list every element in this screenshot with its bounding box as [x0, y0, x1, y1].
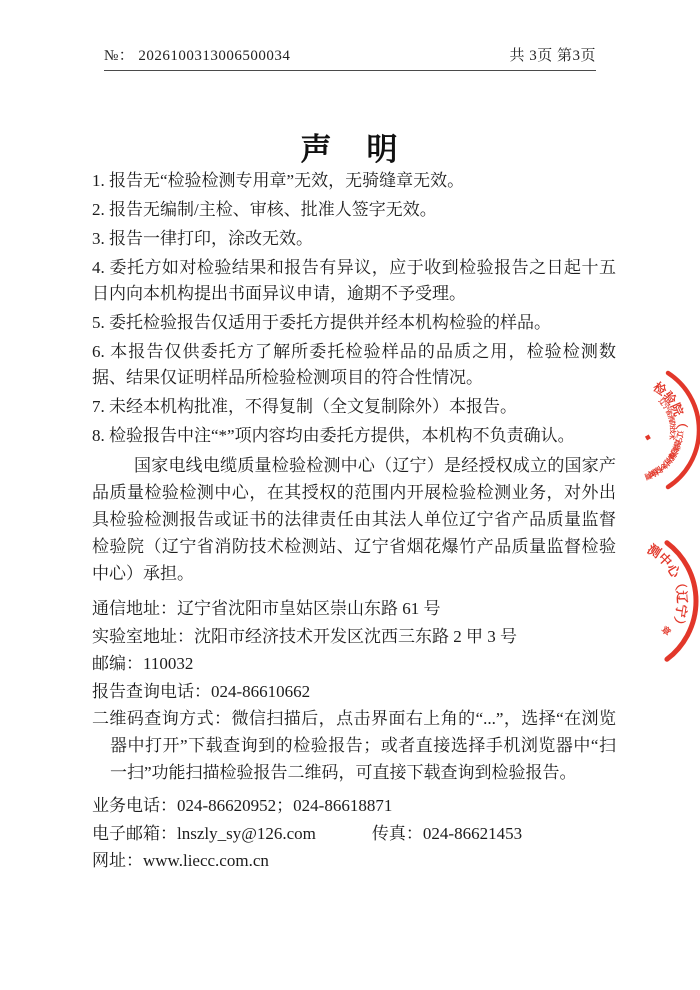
- seal-text-char: 宁: [673, 603, 690, 618]
- authorization-paragraph: 国家电线电缆质量检验检测中心（辽宁）是经授权成立的国家产品质量检验检测中心，在其…: [92, 452, 616, 587]
- seal-text-char: 防: [668, 420, 678, 428]
- statement-item: 8. 检验报告中注“*”项内容均由委托方提供，本机构不负责确认。: [92, 423, 616, 449]
- seal-text-char: 检: [651, 379, 670, 399]
- statement-item: 2. 报告无编制/主检、审核、批准人签字无效。: [92, 197, 616, 223]
- report-number-value: 2026100313006500034: [138, 48, 290, 64]
- fax-value: 传真：024-86621453: [372, 820, 522, 848]
- seal-text-char: 防: [664, 454, 677, 466]
- postal-address-line: 通信地址：辽宁省沈阳市皇姑区崇山东路 61 号: [92, 595, 616, 623]
- email-fax-line: 电子邮箱：lnszly_sy@126.com 传真：024-86621453: [92, 820, 616, 848]
- seal-text-char: 中: [655, 550, 675, 570]
- seal-text-char: 产: [657, 460, 668, 471]
- seal-text-char: （: [673, 415, 690, 430]
- seal-top: 检验院（辽宁省消防技术检测辽宁省消防技术烟花爆竹产品质◆: [643, 373, 699, 487]
- report-number: №：2026100313006500034: [104, 44, 290, 65]
- page-count: 共 3页 第3页: [509, 44, 596, 65]
- seal-text-char: 省: [664, 407, 675, 417]
- email-value: 电子邮箱：lnszly_sy@126.com: [92, 820, 316, 848]
- lab-address-line: 实验室地址：沈阳市经济技术开发区沈西三东路 2 甲 3 号: [92, 623, 616, 651]
- seal-text-char: 测: [643, 470, 654, 482]
- seal-text-char: 技: [659, 458, 672, 471]
- seal-text-char: 心: [664, 561, 684, 581]
- seal-text-char: 辽: [675, 430, 686, 439]
- seal-text-char: ）: [668, 615, 687, 633]
- seal-bottom: 测中心（辽宁）章: [645, 541, 696, 659]
- statement-item: 1. 报告无“检验检测专用章”无效，无骑缝章无效。: [92, 168, 616, 194]
- seal-text-char: 宁: [673, 436, 685, 446]
- seal-text-char: 品: [652, 464, 663, 475]
- qr-query-instructions: 二维码查询方式：微信扫描后，点击界面右上角的“...”，选择“在浏览器中打开”下…: [92, 705, 616, 786]
- zip-code-line: 邮编：110032: [92, 650, 616, 678]
- seal-text-char: 质: [647, 468, 657, 479]
- seal-text-char: 花: [669, 444, 680, 455]
- seal-text-char: 爆: [666, 449, 678, 461]
- report-query-phone-line: 报告查询电话：024-86610662: [92, 678, 616, 706]
- seal-ink-fragment: ◆: [644, 432, 653, 443]
- seal-text-char: （: [670, 575, 688, 592]
- seal-text-char: 烟: [672, 438, 683, 448]
- declaration-title: 声 明: [0, 124, 700, 169]
- seal-text-char: 术: [667, 432, 677, 441]
- seal-text-char: 检: [649, 467, 661, 480]
- statements-list: 1. 报告无“检验检测专用章”无效，无骑缝章无效。2. 报告无编制/主检、审核、…: [92, 168, 616, 449]
- seal-text-char: 院: [668, 401, 687, 419]
- statement-item: 5. 委托检验报告仅适用于委托方提供并经本机构检验的样品。: [92, 310, 616, 336]
- contact-block: 通信地址：辽宁省沈阳市皇姑区崇山东路 61 号 实验室地址：沈阳市经济技术开发区…: [92, 595, 616, 875]
- business-phone-line: 业务电话：024-86620952；024-86618871: [92, 792, 616, 820]
- report-number-label: №：: [104, 48, 134, 64]
- report-header: №：2026100313006500034 共 3页 第3页: [104, 44, 596, 71]
- seal-text-char: 宁: [660, 402, 671, 413]
- seal-text-char: 省: [671, 442, 683, 453]
- seal-text-char: 术: [654, 463, 667, 476]
- statement-item: 4. 委托方如对检验结果和报告有异议，应于收到检验报告之日起十五日内向本机构提出…: [92, 255, 616, 307]
- seal-text-char: 验: [660, 388, 680, 408]
- seal-text-char: 消: [666, 414, 677, 423]
- declaration-content: 1. 报告无“检验检测专用章”无效，无骑缝章无效。2. 报告无编制/主检、审核、…: [92, 168, 616, 875]
- seal-text-char: 技: [668, 426, 677, 434]
- seal-text-char: 测: [645, 541, 664, 561]
- seal-text-char: 消: [668, 448, 681, 460]
- seal-text-char: 辽: [657, 396, 668, 407]
- seal-text-char: 竹: [662, 455, 673, 466]
- statement-item: 3. 报告一律打印，涂改无效。: [92, 226, 616, 252]
- seal-text-char: 辽: [674, 590, 690, 604]
- report-declaration-page: №：2026100313006500034 共 3页 第3页 声 明 1. 报告…: [0, 0, 700, 990]
- statement-item: 6. 本报告仅供委托方了解所委托检验样品的品质之用，检验检测数据、结果仅证明样品…: [92, 339, 616, 391]
- website-line: 网址：www.liecc.com.cn: [92, 847, 616, 875]
- seal-ink-fragment: 章: [659, 624, 673, 638]
- statement-item: 7. 未经本机构批准，不得复制（全文复制除外）本报告。: [92, 394, 616, 420]
